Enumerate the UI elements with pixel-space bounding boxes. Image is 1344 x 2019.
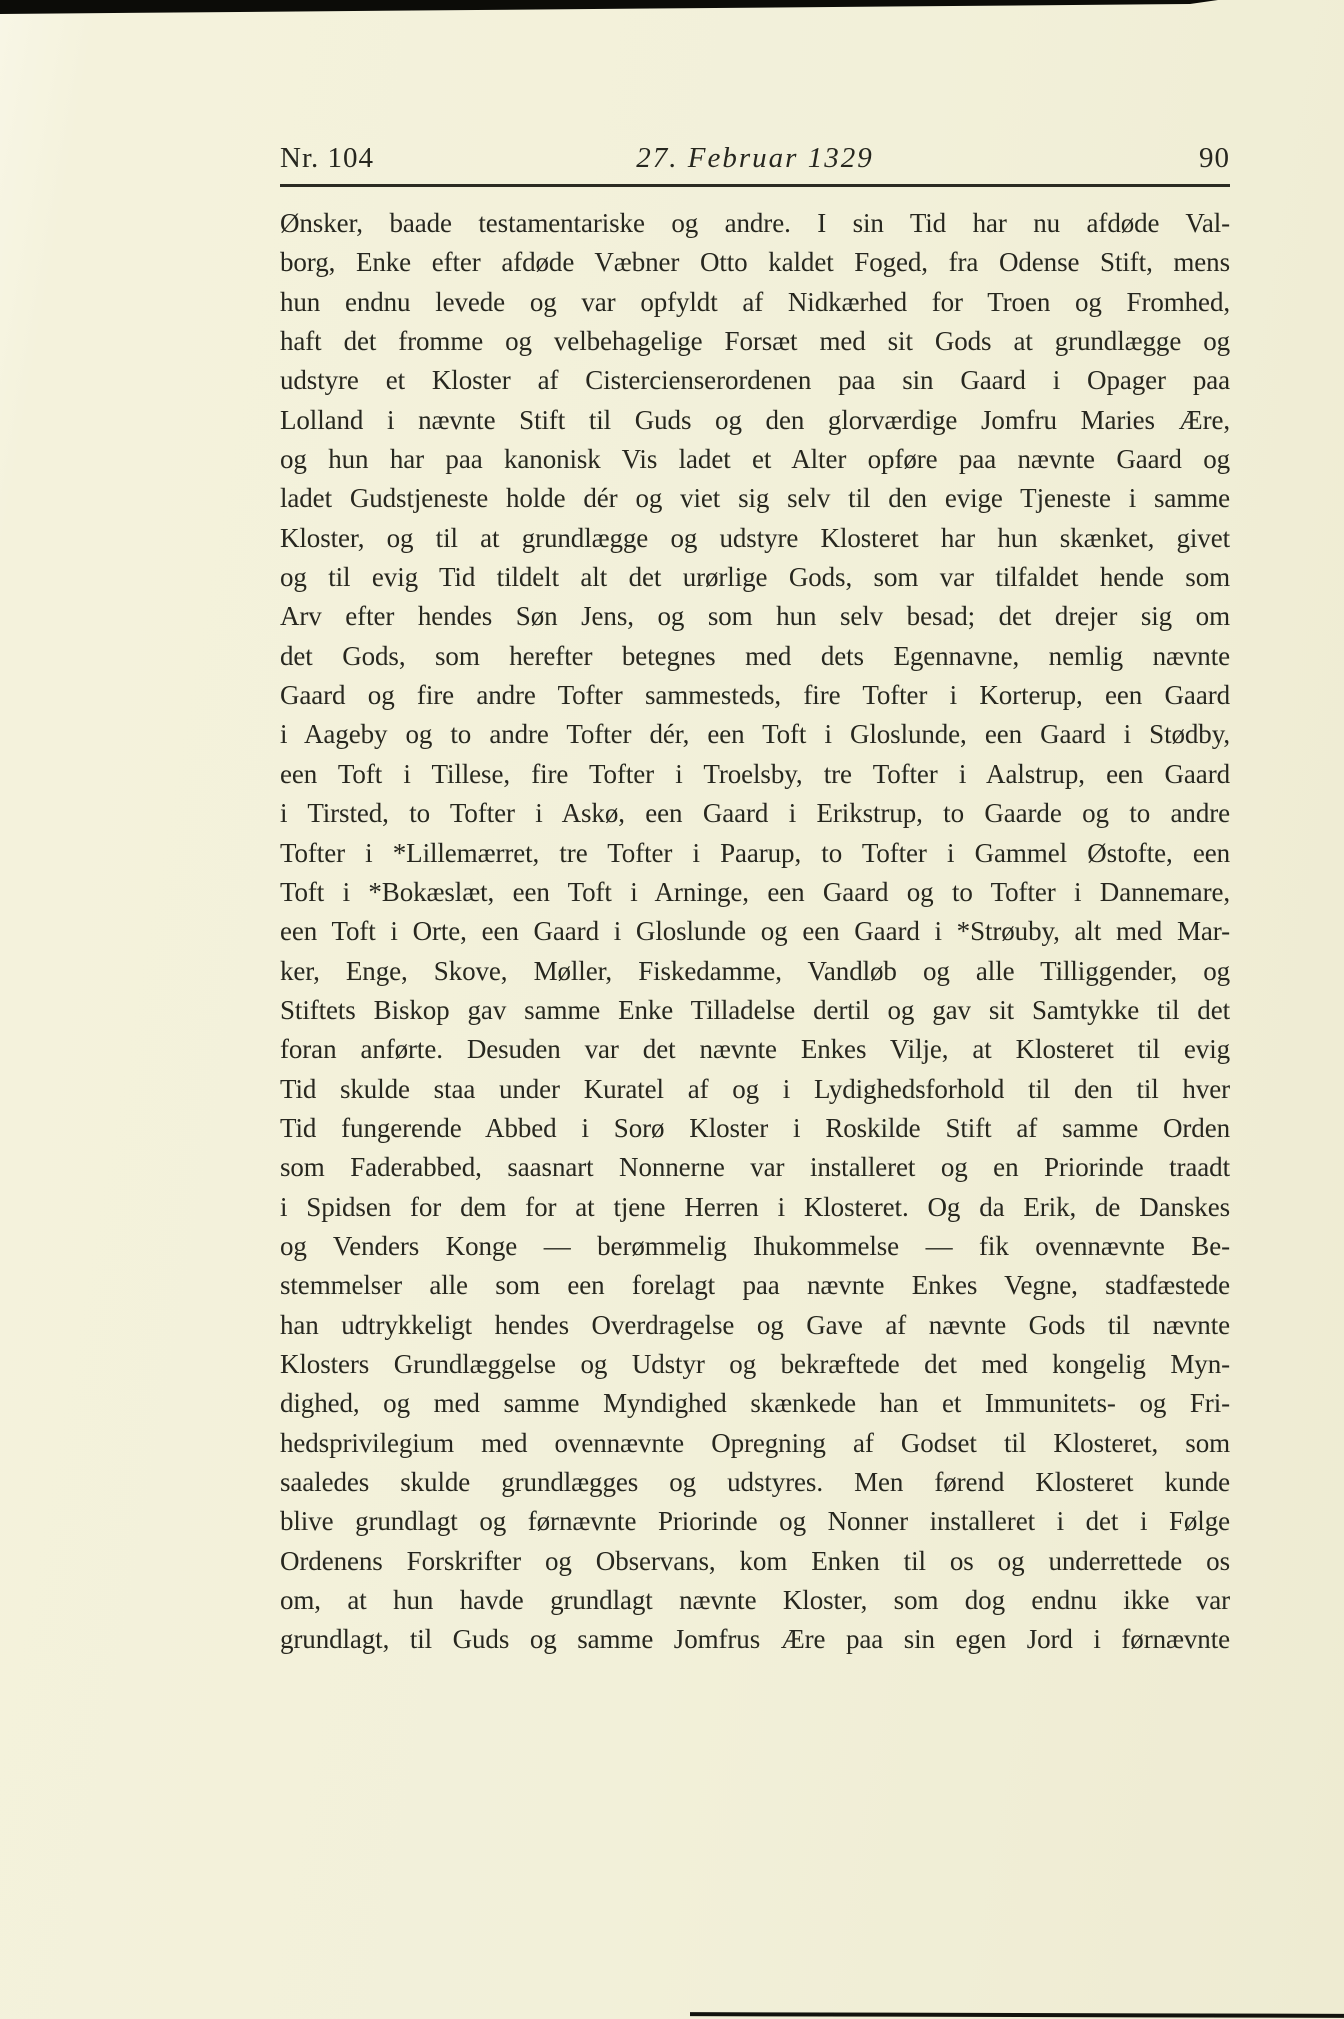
text-line: udstyre et Kloster af Cistercienserorden… [280,361,1230,400]
text-line: ker, Enge, Skove, Møller, Fiskedamme, Va… [280,952,1230,991]
text-line: Tid fungerende Abbed i Sorø Kloster i Ro… [280,1109,1230,1148]
text-line: borg, Enke efter afdøde Væbner Otto kald… [280,243,1230,282]
text-line: foran anførte. Desuden var det nævnte En… [280,1030,1230,1069]
text-line: Ønsker, baade testamentariske og andre. … [280,204,1230,243]
text-line: og hun har paa kanonisk Vis ladet et Alt… [280,440,1230,479]
page-header: Nr. 104 27. Februar 1329 90 [280,142,1230,175]
text-line: det Gods, som herefter betegnes med dets… [280,637,1230,676]
text-line: saaledes skulde grundlægges og udstyres.… [280,1463,1230,1502]
text-block: Nr. 104 27. Februar 1329 90 Ønsker, baad… [280,142,1230,1660]
text-line: een Toft i Orte, een Gaard i Gloslunde o… [280,912,1230,951]
text-line: og Venders Konge — berømmelig Ihukommels… [280,1227,1230,1266]
document-date: 27. Februar 1329 [636,142,873,175]
scan-artifact-top [0,0,1344,18]
text-line: Arv efter hendes Søn Jens, og som hun se… [280,597,1230,636]
scan-artifact-bottom [690,2012,1344,2018]
text-line: stemmelser alle som een forelagt paa næv… [280,1266,1230,1305]
text-line: haft det fromme og velbehagelige Forsæt … [280,322,1230,361]
text-line: hun endnu levede og var opfyldt af Nidkæ… [280,283,1230,322]
text-line: Stiftets Biskop gav samme Enke Tilladels… [280,991,1230,1030]
text-line: Lolland i nævnte Stift til Guds og den g… [280,401,1230,440]
book-page: Nr. 104 27. Februar 1329 90 Ønsker, baad… [0,0,1344,2019]
text-line: ladet Gudstjeneste holde dér og viet sig… [280,479,1230,518]
text-line: dighed, og med samme Myndighed skænkede … [280,1384,1230,1423]
text-line: og til evig Tid tildelt alt det urørlige… [280,558,1230,597]
text-line: om, at hun havde grundlagt nævnte Kloste… [280,1581,1230,1620]
text-line: grundlagt, til Guds og samme Jomfrus Ære… [280,1620,1230,1659]
text-line: Gaard og fire andre Tofter sammesteds, f… [280,676,1230,715]
text-line: han udtrykkeligt hendes Overdragelse og … [280,1306,1230,1345]
text-line: een Toft i Tillese, fire Tofter i Troels… [280,755,1230,794]
text-line: i Aageby og to andre Tofter dér, een Tof… [280,715,1230,754]
text-line: Ordenens Forskrifter og Observans, kom E… [280,1542,1230,1581]
page-number: 90 [874,142,1230,175]
document-body: Ønsker, baade testamentariske og andre. … [280,204,1230,1660]
text-line: Tid skulde staa under Kuratel af og i Ly… [280,1070,1230,1109]
text-line: blive grundlagt og førnævnte Priorinde o… [280,1502,1230,1541]
header-rule [280,184,1230,187]
document-number: Nr. 104 [280,142,636,175]
text-line: som Faderabbed, saasnart Nonnerne var in… [280,1148,1230,1187]
text-line: i Spidsen for dem for at tjene Herren i … [280,1188,1230,1227]
text-line: i Tirsted, to Tofter i Askø, een Gaard i… [280,794,1230,833]
text-line: Klosters Grundlæggelse og Udstyr og bekr… [280,1345,1230,1384]
text-line: hedsprivilegium med ovennævnte Opregning… [280,1424,1230,1463]
text-line: Kloster, og til at grundlægge og udstyre… [280,519,1230,558]
text-line: Toft i *Bokæslæt, een Toft i Arninge, ee… [280,873,1230,912]
text-line: Tofter i *Lillemærret, tre Tofter i Paar… [280,834,1230,873]
